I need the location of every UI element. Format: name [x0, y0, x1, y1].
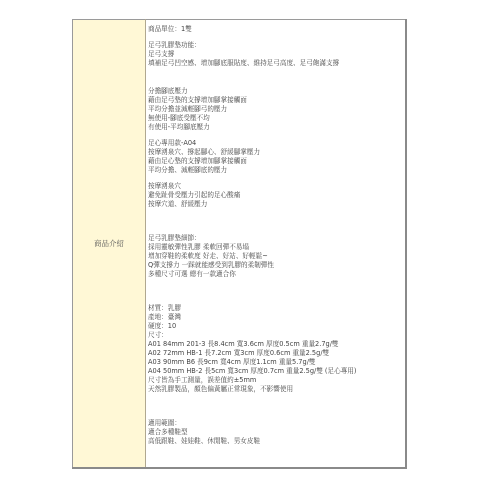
text-line: 足心專用款-A04: [148, 139, 403, 148]
text-line: 平均分擔並減輕腳弓的壓力: [148, 105, 403, 114]
text-line: 尺寸皆為手工測量，誤差值約±5mm: [148, 376, 403, 385]
text-line: 無使用-腳底受壓不均: [148, 114, 403, 123]
text-line: 按摩穴道、舒緩壓力: [148, 200, 403, 209]
text-line: 採用靈敏彈性乳膠 柔軟回彈不易塌: [148, 243, 403, 252]
text-line: 適用範圍：: [148, 419, 403, 428]
spacer: [148, 286, 403, 304]
text-line: 避免趾骨受壓力引起的足心酸痛: [148, 191, 403, 200]
text-line: A02 72mm HB-1 長7.2cm 寬3cm 厚度0.6cm 重量2.5g…: [148, 349, 403, 358]
text-line: 適合多種鞋型: [148, 428, 403, 437]
text-line: 足弓支撐: [148, 50, 403, 59]
spacer: [148, 216, 403, 234]
text-line: 多種尺寸可選 總有一款適合你: [148, 270, 403, 279]
product-intro-table: 商品介紹 商品單位：1雙 足弓乳膠墊功能： 足弓支撐 填補足弓凹空感、增加腳底服…: [72, 19, 407, 469]
text-line: 足弓乳膠墊功能：: [148, 41, 403, 50]
usage-block: 適用範圍： 適合多種鞋型 高低跟鞋、娃娃鞋、休閒鞋、男女皮鞋: [148, 419, 403, 446]
spacer: [148, 75, 403, 87]
table-row: 商品介紹 商品單位：1雙 足弓乳膠墊功能： 足弓支撐 填補足弓凹空感、增加腳底服…: [73, 20, 407, 469]
text-line: Q彈支撐力 一踩就能感受到乳膠的柔韌彈性: [148, 261, 403, 270]
text-line: 增加穿鞋的柔軟度 好走、好站、好輕鬆~: [148, 252, 403, 261]
row-content: 商品單位：1雙 足弓乳膠墊功能： 足弓支撐 填補足弓凹空感、增加腳底服貼度、維持…: [146, 20, 407, 469]
text-line: 有使用-平均腳底壓力: [148, 123, 403, 132]
a04-block: 足心專用款-A04 按摩湧泉穴、撐起腳心、舒緩腳掌壓力 藉由足心墊的支撐增加腳掌…: [148, 139, 403, 175]
text-line: A04 50mm HB-2 長5cm 寬3cm 厚度0.7cm 重量2.5g/雙…: [148, 367, 403, 376]
spacer: [148, 401, 403, 419]
pressure-block: 分擔腳底壓力 藉由足弓墊的支撐增加腳掌接觸面 平均分擔並減輕腳弓的壓力 無使用-…: [148, 87, 403, 132]
massage-block: 按摩湧泉穴 避免趾骨受壓力引起的足心酸痛 按摩穴道、舒緩壓力: [148, 182, 403, 209]
text-line: 藉由足弓墊的支撐增加腳掌接觸面: [148, 96, 403, 105]
text-line: 分擔腳底壓力: [148, 87, 403, 96]
function-block: 足弓乳膠墊功能： 足弓支撐 填補足弓凹空感、增加腳底服貼度、維持足弓高度、足弓飽…: [148, 41, 403, 68]
text-line: 足弓乳膠墊細節：: [148, 234, 403, 243]
text-line: 產地：臺灣: [148, 313, 403, 322]
text-line: 硬度：10: [148, 322, 403, 331]
text-line: 按摩湧泉穴: [148, 182, 403, 191]
text-line: 填補足弓凹空感、增加腳底服貼度、維持足弓高度、足弓飽滿支撐: [148, 59, 403, 68]
text-line: A03 90mm B6 長9cm 寬4cm 厚度1.1cm 重量5.7g/雙: [148, 358, 403, 367]
text-line: 高低跟鞋、娃娃鞋、休閒鞋、男女皮鞋: [148, 437, 403, 446]
text-line: 平均分擔、減輕腳底的壓力: [148, 166, 403, 175]
text-line: 材質：乳膠: [148, 304, 403, 313]
unit-block: 商品單位：1雙: [148, 25, 403, 34]
text-line: 按摩湧泉穴、撐起腳心、舒緩腳掌壓力: [148, 148, 403, 157]
specs-block: 材質：乳膠 產地：臺灣 硬度：10 尺寸： A01 84mm 201-3 長8.…: [148, 304, 403, 394]
unit-text: 商品單位：1雙: [148, 25, 403, 34]
text-line: 藉由足心墊的支撐增加腳掌接觸面: [148, 157, 403, 166]
details-block: 足弓乳膠墊細節： 採用靈敏彈性乳膠 柔軟回彈不易塌 增加穿鞋的柔軟度 好走、好站…: [148, 234, 403, 279]
text-line: 天然乳膠製品，顏色偏黃屬正常現象，不影響使用: [148, 385, 403, 394]
row-label: 商品介紹: [73, 20, 146, 469]
text-line: A01 84mm 201-3 長8.4cm 寬3.6cm 厚度0.5cm 重量2…: [148, 340, 403, 349]
text-line: 尺寸：: [148, 331, 403, 340]
